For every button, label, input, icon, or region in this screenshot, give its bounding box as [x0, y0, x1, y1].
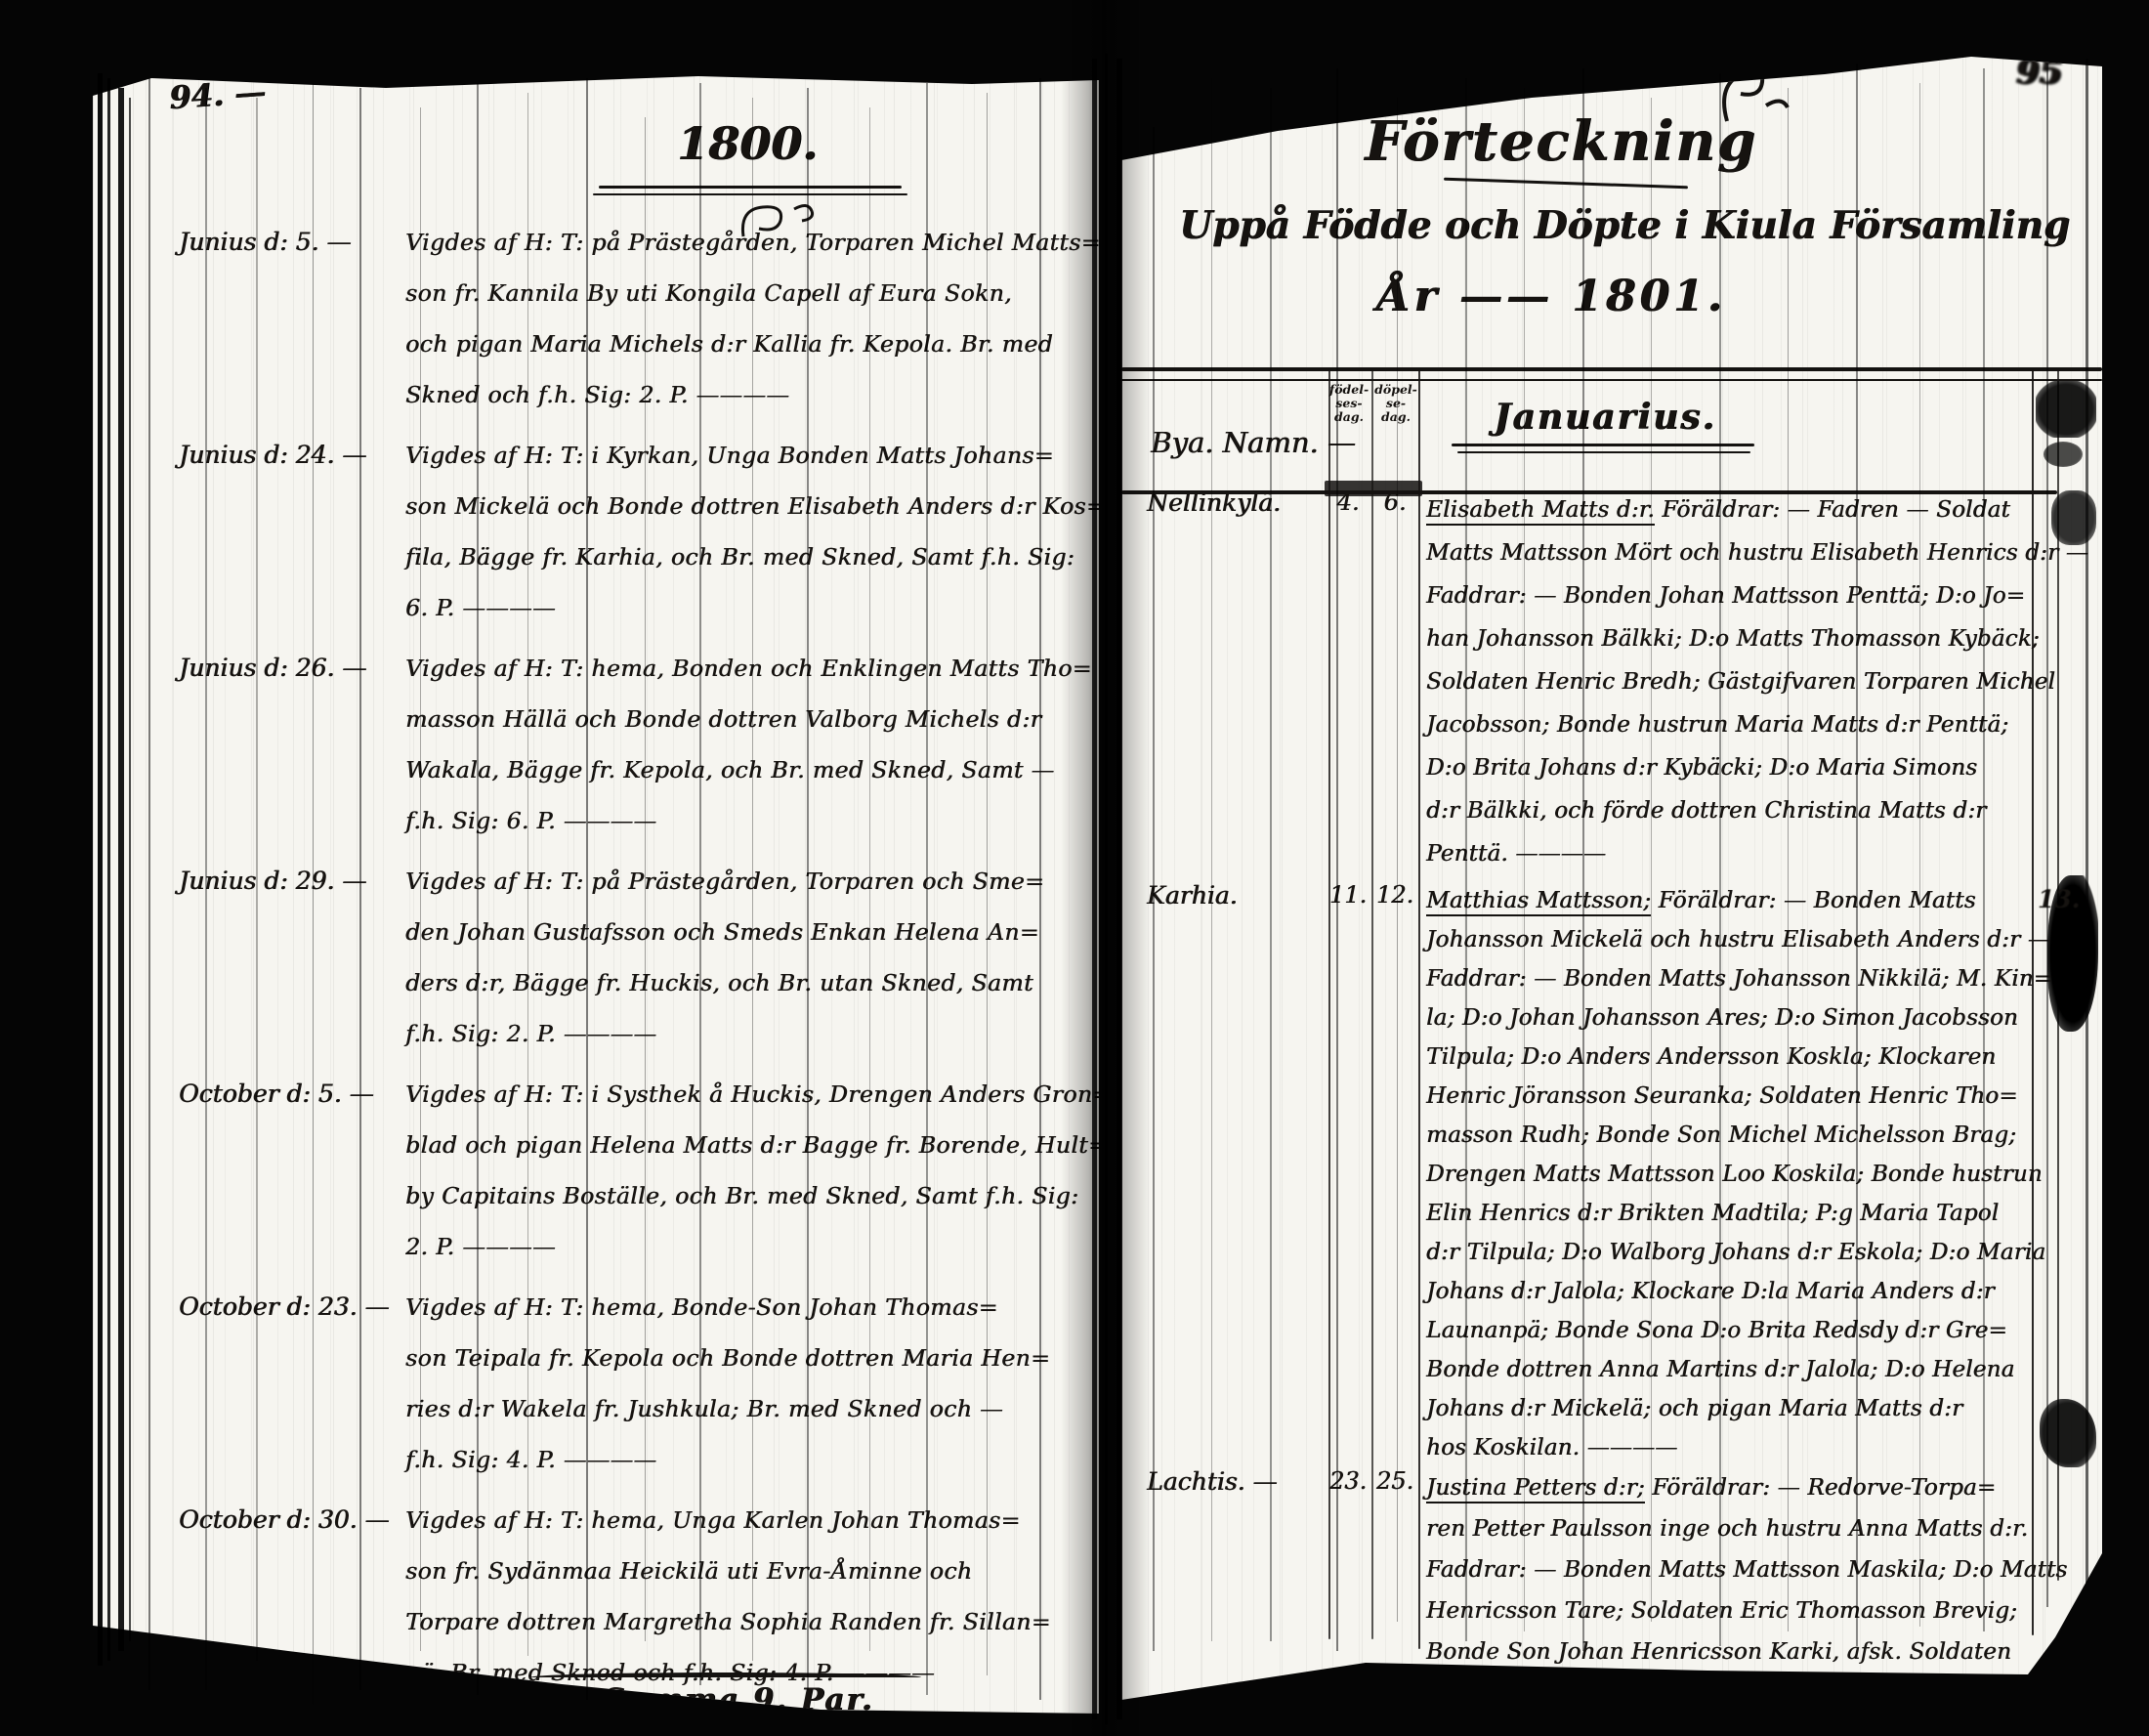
- handwritten-line: f.h. Sig: 2. P. ————: [405, 1008, 1092, 1059]
- handwritten-line: Vigdes af H: T: i Kyrkan, Unga Bonden Ma…: [405, 430, 1106, 481]
- handwritten-line: Justina Petters d:r; Föräldrar: — Redorv…: [1426, 1467, 2034, 1508]
- name-line-rest: Föräldrar: — Redorve-Torpa=: [1645, 1475, 1996, 1501]
- handwritten-line: Vigdes af H: T: i Systhek å Huckis, Dren…: [405, 1069, 1112, 1120]
- record-text: Elisabeth Matts d:r. Föräldrar: — Fadren…: [1426, 488, 2034, 875]
- year-underline-2: [593, 193, 907, 195]
- handwritten-line: Vigdes af H: T: hema, Bonden och Enkling…: [405, 643, 1092, 694]
- entry-date: Junius d: 24. —: [179, 430, 405, 633]
- summa-line: Summa 9. Par.: [603, 1682, 873, 1717]
- left-page-number: 94. —: [168, 73, 267, 117]
- marriage-entry: Junius d: 5. — Vigdes af H: T: på Präste…: [179, 217, 1092, 420]
- handwritten-line: masson Rudh; Bonde Son Michel Michelsson…: [1426, 1116, 2034, 1155]
- ink-blot: [2044, 442, 2083, 467]
- handwritten-line: Vigdes af H: T: på Prästegården, Torpare…: [405, 856, 1092, 907]
- register-subtitle: Uppå Födde och Döpte i Kiula Församling: [1160, 203, 2088, 248]
- left-page: 94. — 1800. Junius d: 5. — Vigdes af H: …: [93, 70, 1099, 1723]
- entry-date: Junius d: 29. —: [179, 856, 405, 1059]
- month-underline-2: [1457, 451, 1750, 453]
- handwritten-line: Vigdes af H: T: hema, Bonde-Son Johan Th…: [405, 1282, 1092, 1333]
- marriage-entry: October d: 23. — Vigdes af H: T: hema, B…: [179, 1282, 1092, 1485]
- entry-text: Vigdes af H: T: hema, Unga Karlen Johan …: [405, 1495, 1092, 1698]
- ink-blot: [2036, 381, 2096, 438]
- handwritten-line: Johans d:r Mickelä; och pigan Maria Matt…: [1426, 1389, 2034, 1428]
- handwritten-line: Henric Jöransson Seuranka; Soldaten Henr…: [1426, 1077, 2034, 1116]
- handwritten-line: Soldaten Henric Bredh; Gästgifvaren Torp…: [1426, 660, 2034, 703]
- handwritten-line: Bonde dottren Anna Martins d:r Jalola; D…: [1426, 1350, 2034, 1389]
- handwritten-line: f.h. Sig: 6. P. ————: [405, 795, 1092, 846]
- entry-date: October d: 30. —: [179, 1495, 405, 1698]
- handwritten-line: Johansson Mickelä och hustru Elisabeth A…: [1426, 920, 2034, 959]
- marriage-entry: October d: 30. — Vigdes af H: T: hema, U…: [179, 1495, 1092, 1698]
- child-name: Matthias Mattsson;: [1426, 888, 1651, 916]
- handwritten-line: Penttä. ————: [1426, 832, 2034, 875]
- year-underline: [599, 186, 902, 189]
- col-rule-2: [1371, 369, 1373, 1639]
- village-name: Karhia.: [1147, 881, 1323, 910]
- record-text: Matthias Mattsson; Föräldrar: — Bonden M…: [1426, 881, 2034, 1467]
- column-header-baptismday: döpel- se- dag.: [1373, 383, 1418, 424]
- column-header-birthday: födel- ses- dag.: [1327, 383, 1371, 424]
- baptism-day: 25.: [1371, 1467, 1418, 1495]
- month-underline: [1452, 444, 1754, 446]
- entry-text: Vigdes af H: T: hema, Bonde-Son Johan Th…: [405, 1282, 1092, 1485]
- handwritten-line: Johans d:r Jalola; Klockare D:la Maria A…: [1426, 1272, 2034, 1311]
- handwritten-line: by Capitains Boställe, och Br. med Skned…: [405, 1170, 1112, 1221]
- marriage-entry: October d: 5. — Vigdes af H: T: i Systhe…: [179, 1069, 1092, 1272]
- handwritten-line: 2. P. ————: [405, 1221, 1112, 1272]
- handwritten-line: son fr. Kannila By uti Kongila Capell af…: [405, 268, 1101, 318]
- register-title: Förteckning: [1121, 109, 2001, 174]
- handwritten-line: Henricsson Tare; Soldaten Eric Thomasson…: [1426, 1590, 2034, 1631]
- scan-streak: [1105, 54, 1108, 1724]
- handwritten-line: Elin Henrics d:r Brikten Madtila; P:g Ma…: [1426, 1194, 2034, 1233]
- handwritten-line: 6. P. ————: [405, 582, 1106, 633]
- title-underline: [1444, 178, 1688, 190]
- handwritten-line: han Johansson Bälkki; D:o Matts Thomasso…: [1426, 617, 2034, 660]
- register-year: År —— 1801.: [1258, 272, 1844, 321]
- table-top-rule: [1121, 367, 2102, 371]
- name-line-rest: Föräldrar: — Fadren — Soldat: [1655, 497, 2010, 523]
- birth-day: 23.: [1325, 1467, 1371, 1495]
- baptism-day: 6.: [1371, 488, 1418, 516]
- marriage-entry: Junius d: 26. — Vigdes af H: T: hema, Bo…: [179, 643, 1092, 846]
- col-rule-3: [1418, 369, 1420, 1649]
- right-page: 95 Förteckning Uppå Födde och Döpte i Ki…: [1121, 39, 2102, 1736]
- entry-date: October d: 23. —: [179, 1282, 405, 1485]
- month-header: Januarius.: [1444, 397, 1766, 438]
- handwritten-line: Bonde Son Johan Henricsson Karki, afsk. …: [1426, 1631, 2034, 1672]
- handwritten-line: Elisabeth Matts d:r. Föräldrar: — Fadren…: [1426, 488, 2034, 531]
- birth-day: 11.: [1325, 881, 1371, 909]
- ink-blot: [2040, 1399, 2096, 1467]
- handwritten-line: Jacobsson; Bonde hustrun Maria Matts d:r…: [1426, 703, 2034, 746]
- handwritten-line: f.h. Sig: 4. P. ————: [405, 1434, 1092, 1485]
- handwritten-line: D:o Brita Johans d:r Kybäcki; D:o Maria …: [1426, 746, 2034, 789]
- right-page-number: 95: [2016, 53, 2062, 92]
- entry-text: Vigdes af H: T: i Systhek å Huckis, Dren…: [405, 1069, 1112, 1272]
- marriage-entries: Junius d: 5. — Vigdes af H: T: på Präste…: [179, 217, 1092, 1708]
- baptism-day: 12.: [1371, 881, 1418, 909]
- entry-text: Vigdes af H: T: på Prästegården, Torpare…: [405, 217, 1101, 420]
- entry-date: Junius d: 5. —: [179, 217, 405, 420]
- handwritten-line: Skned och f.h. Sig: 2. P. ————: [405, 369, 1101, 420]
- record-text: Justina Petters d:r; Föräldrar: — Redorv…: [1426, 1467, 2034, 1672]
- column-header-village: Bya. Namn. —: [1151, 426, 1356, 459]
- handwritten-line: och pigan Maria Michels d:r Kallia fr. K…: [405, 318, 1101, 369]
- village-name: Lachtis. —: [1147, 1467, 1323, 1496]
- handwritten-line: Tilpula; D:o Anders Andersson Koskla; Kl…: [1426, 1037, 2034, 1077]
- village-name: Nellinkylä.: [1147, 488, 1323, 517]
- entry-text: Vigdes af H: T: i Kyrkan, Unga Bonden Ma…: [405, 430, 1106, 633]
- handwritten-line: fila, Bägge fr. Karhia, och Br. med Skne…: [405, 531, 1106, 582]
- handwritten-line: ren Petter Paulsson inge och hustru Anna…: [1426, 1508, 2034, 1549]
- handwritten-line: Launanpä; Bonde Sona D:o Brita Redsdy d:…: [1426, 1311, 2034, 1350]
- handwritten-line: d:r Bälkki, och förde dottren Christina …: [1426, 789, 2034, 832]
- handwritten-line: Faddrar: — Bonden Matts Johansson Nikkil…: [1426, 959, 2034, 998]
- handwritten-line: ders d:r, Bägge fr. Huckis, och Br. utan…: [405, 957, 1092, 1008]
- handwritten-line: son Teipala fr. Kepola och Bonde dottren…: [405, 1333, 1092, 1383]
- summa-overline: [530, 1672, 921, 1677]
- handwritten-line: d:r Tilpula; D:o Walborg Johans d:r Esko…: [1426, 1233, 2034, 1272]
- handwritten-line: den Johan Gustafsson och Smeds Enkan Hel…: [405, 907, 1092, 957]
- handwritten-line: Vigdes af H: T: på Prästegården, Torpare…: [405, 217, 1101, 268]
- entry-text: Vigdes af H: T: på Prästegården, Torpare…: [405, 856, 1092, 1059]
- name-line-rest: Föräldrar: — Bonden Matts: [1651, 888, 1976, 913]
- handwritten-line: ries d:r Wakela fr. Jushkula; Br. med Sk…: [405, 1383, 1092, 1434]
- handwritten-line: Wakala, Bägge fr. Kepola, och Br. med Sk…: [405, 744, 1092, 795]
- marriage-entry: Junius d: 29. — Vigdes af H: T: på Präst…: [179, 856, 1092, 1059]
- handwritten-line: masson Hällä och Bonde dottren Valborg M…: [405, 694, 1092, 744]
- handwritten-line: blad och pigan Helena Matts d:r Bagge fr…: [405, 1120, 1112, 1170]
- entry-date: Junius d: 26. —: [179, 643, 405, 846]
- handwritten-line: son Mickelä och Bonde dottren Elisabeth …: [405, 481, 1106, 531]
- ink-blot: [2051, 490, 2096, 545]
- entry-date: October d: 5. —: [179, 1069, 405, 1272]
- handwritten-line: hos Koskilan. ————: [1426, 1428, 2034, 1467]
- table-top-rule-2: [1121, 379, 2102, 381]
- handwritten-line: la; D:o Johan Johansson Ares; D:o Simon …: [1426, 998, 2034, 1037]
- handwritten-line: Matts Mattsson Mört och hustru Elisabeth…: [1426, 531, 2034, 574]
- handwritten-line: Matthias Mattsson; Föräldrar: — Bonden M…: [1426, 881, 2034, 920]
- birth-day: 4.: [1325, 488, 1371, 516]
- handwritten-line: Drengen Matts Mattsson Loo Koskila; Bond…: [1426, 1155, 2034, 1194]
- handwritten-line: Faddrar: — Bonden Johan Mattsson Penttä;…: [1426, 574, 2034, 617]
- child-name: Justina Petters d:r;: [1426, 1475, 1645, 1503]
- marriage-entry: Junius d: 24. — Vigdes af H: T: i Kyrkan…: [179, 430, 1092, 633]
- handwritten-line: Torpare dottren Margretha Sophia Randen …: [405, 1596, 1092, 1647]
- scanned-register-spread: 94. — 1800. Junius d: 5. — Vigdes af H: …: [0, 0, 2149, 1736]
- year-heading: 1800.: [611, 117, 884, 170]
- handwritten-line: Vigdes af H: T: hema, Unga Karlen Johan …: [405, 1495, 1092, 1545]
- child-name: Elisabeth Matts d:r.: [1426, 497, 1655, 526]
- entry-text: Vigdes af H: T: hema, Bonden och Enkling…: [405, 643, 1092, 846]
- margin-note: 13.: [2038, 885, 2081, 913]
- col-rule-1: [1328, 369, 1330, 1639]
- handwritten-line: son fr. Sydänmaa Heickilä uti Evra-Åminn…: [405, 1545, 1092, 1596]
- handwritten-line: Faddrar: — Bonden Matts Mattsson Maskila…: [1426, 1549, 2034, 1590]
